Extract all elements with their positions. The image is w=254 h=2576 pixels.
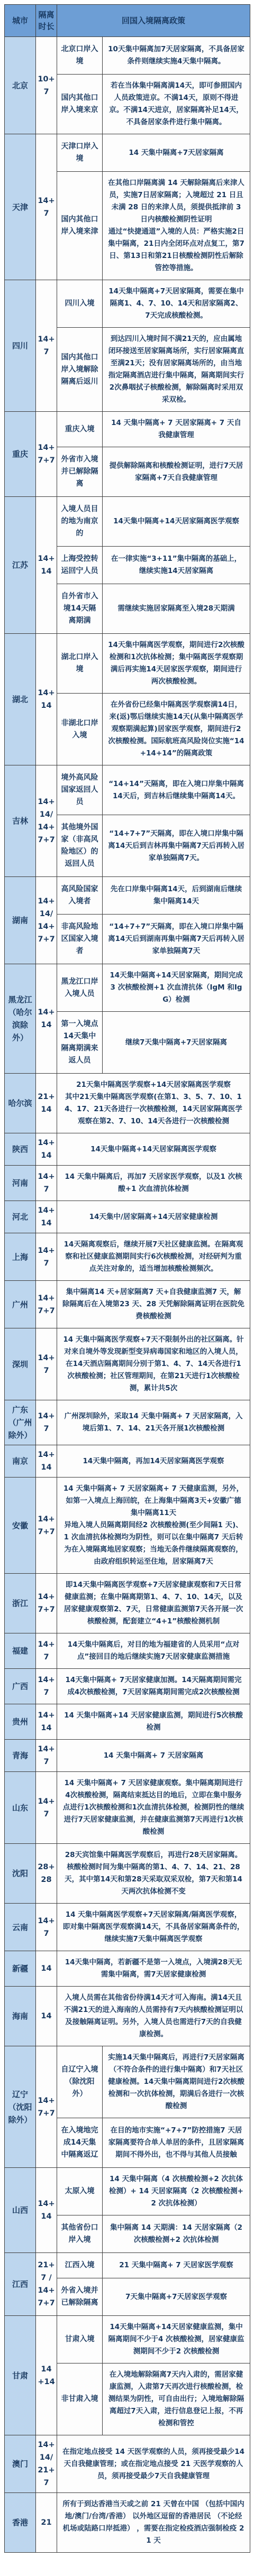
duration-cell: 14+7+7 (36, 2046, 57, 2168)
entry-label-cell: 国内其他口岸入境来京 (57, 75, 103, 134)
city-cell: 福建 (5, 1633, 36, 1669)
duration-cell: 14+14 (36, 1201, 57, 1233)
table-row: 江苏14+14入境人员目的地为南京的14天集中隔离+14天居家隔离医学观察 (5, 497, 250, 547)
city-cell: 天津 (5, 134, 36, 280)
policy-cell: 所有于到达香港当天或之前 21 天曾在中国 （包括中国内地/澳门/台湾/香港） … (57, 2493, 250, 2553)
policy-cell: 14 天集中隔离后，再加7 天居家医学观察，以及1 次核酸+1 次血清抗体检测 (57, 1166, 250, 1201)
table-row: 河南14+714 天集中隔离后，再加7 天居家医学观察，以及1 次核酸+1 次血… (5, 1166, 250, 1201)
table-row: 福建14+714天集中隔离后，对目的地为福建省的人员采用“点对点”接回目的地后继… (5, 1633, 250, 1669)
policy-cell: 先在口岸集中隔离14天，后到湖南后继续集中隔离14天 (103, 877, 250, 915)
table-row: 云南14+714 天集中隔离医学观察+7天居家隔离/隔离医学观察，即对集中隔离医… (5, 1904, 250, 1951)
duration-cell: 14+7 (36, 134, 57, 280)
entry-label-cell: 四川入境 (57, 280, 103, 328)
city-cell: 安徽 (5, 1478, 36, 1574)
policy-cell: 21 天集中隔离+ 7 天居家医学观察 (103, 2253, 250, 2278)
policy-cell: 需继续实施居家隔离至入境28天期满 (103, 584, 250, 634)
table-row: 深圳14+714 天集中隔离医学观察+7天不限制外出的社区隔离。针对来自境外等发… (5, 1328, 250, 1400)
header-row: 城市 隔离时长 回国入境隔离政策 (5, 5, 250, 37)
table-row: 浙江14+7+7即14天集中隔离医学观察+7天居家健康观察和7天日常健康监测；在… (5, 1574, 250, 1633)
table-row: 广西14+714天集中隔离+ 7天居家健康加测。14天隔离期间需完成4次核酸检测… (5, 1669, 250, 1704)
duration-cell: 14+14 (36, 964, 57, 1074)
entry-label-cell: 上海受控转运回宁人员 (57, 547, 103, 584)
entry-label-cell: 非高风险地区国家入境者 (57, 915, 103, 964)
policy-cell: 在入境地解除隔离7天内入肃的，需居家健康监测，入肃第7天再次进行核酸检测，检测结… (103, 2363, 250, 2435)
policy-cell: 继续7天集中隔离+7天居家隔离 (103, 1012, 250, 1074)
entry-label-cell: 甘肃入境 (57, 2316, 103, 2363)
city-cell: 湖北 (5, 634, 36, 765)
table-row: 山东14+714 天集中隔离+ 7 天居家健康观察。集中隔离期间进行4次核酸检测… (5, 1772, 250, 1844)
city-cell: 澳门 (5, 2435, 36, 2493)
duration-cell: 14+14 (36, 634, 57, 765)
table-row: 山西14+14太原入境14 天集中隔离（4 次核酸检测+2 次抗体检测）+ 14… (5, 2168, 250, 2215)
city-cell: 重庆 (5, 412, 36, 497)
duration-cell: 21+7 / 14+7+7 (36, 2253, 57, 2316)
policy-cell: 14 天集中隔离+ 7 天居家隔离+ 7 天自我健康管理 (103, 412, 250, 447)
entry-label-cell: 江西入境 (57, 2253, 103, 2278)
policy-cell: 14天集中隔离+ 7天居家健康加测。14天隔离期间需完成4次核酸检测，7天居家隔… (57, 1669, 250, 1704)
policy-cell: 到达四川入境时间不满21天的，应由属地闭环接送至居家隔离场所，实行居家隔离直至满… (103, 328, 250, 412)
city-cell: 河北 (5, 1201, 36, 1233)
policy-cell: “14+7+7”天隔离，即在入境口岸集中隔离14天后到湖南再集中隔离7天后再转入… (103, 915, 250, 964)
quarantine-policy-table: 城市 隔离时长 回国入境隔离政策 北京10+7北京口岸入境10天集中隔离加7天居… (4, 4, 250, 2553)
table-row: 天津14+7天津口岸入境14 天集中隔离+7天居家隔离 (5, 134, 250, 172)
duration-cell: 14+14 (36, 2168, 57, 2253)
duration-cell: 10+7 (36, 37, 57, 134)
table-row: 辽宁（沈阳除外）14+7+7自辽宁入境（除沈阳外）实施14天集中隔离后，再进行7… (5, 2046, 250, 2118)
duration-cell: 14+7 (36, 1400, 57, 1445)
city-cell: 山东 (5, 1772, 36, 1844)
entry-label-cell: 黑龙江口岸入境人员 (57, 964, 103, 1012)
policy-cell: 14 天集中隔离+ 7 天居家隔离 (57, 1740, 250, 1772)
city-cell: 山西 (5, 2168, 36, 2253)
entry-label-cell: 非甘肃入境 (57, 2363, 103, 2435)
policy-cell: “14+7+7”天隔离，即在入境口岸集中隔离14天后到吉林再集中隔离7天后再转入… (103, 815, 250, 877)
entry-label-cell: 其他省份口岸入境 (57, 2215, 103, 2253)
policy-cell: 提供解除隔离和核酸检测证明，进行7天居家隔离+7天自我健康管理 (103, 447, 250, 497)
entry-label-cell: 湖北口岸入境 (57, 634, 103, 694)
policy-cell: 实施14天集中隔离后，再进行7天居家隔离（不符合条件的进行集中隔离）和7天社区健… (103, 2046, 250, 2118)
duration-cell: 14+7+7 (36, 412, 57, 497)
table-row: 贵州14+1414 天集中隔离+14 天居家健康监测，期间进行5次核酸检测 (5, 1704, 250, 1740)
table-row: 江西21+7 / 14+7+7江西入境21 天集中隔离+ 7 天居家医学观察 (5, 2253, 250, 2278)
policy-cell: 14天集中隔离，再加14天居家隔离医学观察 (57, 1445, 250, 1478)
entry-label-cell: 非湖北口岸入境 (57, 694, 103, 765)
city-cell: 江西 (5, 2253, 36, 2316)
duration-cell: 14+7+7 (36, 1574, 57, 1633)
policy-cell: 14 天集中隔离+7天居家隔离 (103, 134, 250, 172)
page-wrapper: 城市 隔离时长 回国入境隔离政策 北京10+7北京口岸入境10天集中隔离加7天居… (0, 0, 254, 2576)
policy-cell: 广州深圳除外，采取14 天集中隔离+ 7 天居家隔离，入境后第1、7、14、21… (57, 1400, 250, 1445)
table-row: 海南14入境人员需在其他省份待满14天才可入海南。满14天且不满21天的进入海南… (5, 1987, 250, 2046)
table-row: 湖北14+14湖北口岸入境14天集中隔离医学观察，期间进行2次核酸检测和1次抗体… (5, 634, 250, 694)
entry-label-cell: 外省市入境并已解除隔离 (57, 447, 103, 497)
duration-cell: 14+7 (36, 1904, 57, 1951)
city-cell: 海南 (5, 1987, 36, 2046)
policy-cell: 7天集中隔离+7天居家医学观察 (103, 2278, 250, 2316)
policy-cell: 14天集中隔离+14天居家隔离医学观察 (57, 1133, 250, 1166)
table-row: 吉林14+14/14+7+7境外高风险国家返回人员“14+14”天隔离，即在入境… (5, 765, 250, 815)
city-cell: 沈阳 (5, 1844, 36, 1904)
duration-cell: 14+7 (36, 1772, 57, 1844)
city-cell: 甘肃 (5, 2316, 36, 2435)
city-cell: 深圳 (5, 1328, 36, 1400)
policy-cell: 在外省份已经集中隔离医学观察满14日，来(返)鄂后继续实施14天(从集中隔离医学… (103, 694, 250, 765)
policy-cell: 14天集中隔离+14天居家健康监测，集中隔离期间不少于4 次核酸检测，居家健康监… (103, 2316, 250, 2363)
header-city: 城市 (5, 5, 36, 37)
city-cell: 广州 (5, 1281, 36, 1328)
table-row: 黑龙江（哈尔滨除外）14+14黑龙江口岸入境人员14天集中隔离+14天居家隔离，… (5, 964, 250, 1012)
policy-cell: 14 天集中隔离+ 7 天居家隔离+ 7 天健康监测，另外，如第一入境点上海回皖… (57, 1478, 250, 1574)
policy-cell: 集中隔离14 天+居家隔离7 天+自我健康监测7 天，解除隔离后在入境第23 天… (57, 1281, 250, 1328)
duration-cell: 14+7 (36, 280, 57, 412)
duration-cell: 14+7 (36, 1669, 57, 1704)
duration-cell: 21+14 (36, 1074, 57, 1133)
table-row: 安徽14+7+714 天集中隔离+ 7 天居家隔离+ 7 天健康监测，另外，如第… (5, 1478, 250, 1574)
duration-cell: 14+14 (36, 1445, 57, 1478)
header-policy-title: 回国入境隔离政策 (57, 5, 250, 37)
entry-label-cell: 在入境地完成14天集中隔离返辽 (57, 2118, 103, 2168)
policy-cell: 14天集中/居家隔离+14天居家健康检测 (57, 1201, 250, 1233)
duration-cell: 14+7 (36, 1233, 57, 1281)
table-header: 城市 隔离时长 回国入境隔离政策 (5, 5, 250, 37)
policy-cell: “14+14”天隔离，即在入境口岸集中隔离14天后，到吉林后继续集中隔离14天。 (103, 765, 250, 815)
policy-cell: 10天集中隔离加7天居家隔离，不具备居家条件则继续实施4天集中隔离。 (103, 37, 250, 75)
duration-cell: 14+7 (36, 1328, 57, 1400)
policy-cell: 28天宾馆集中隔离医学观察后，再进行28天居家隔离。核酸检测时间为集中隔离的第1… (57, 1844, 250, 1904)
entry-label-cell: 入境人员目的地为南京的 (57, 497, 103, 547)
city-cell: 湖南 (5, 877, 36, 964)
city-cell: 广东（广州除外） (5, 1400, 36, 1445)
policy-cell: 14 天集中隔离医学观察+7天不限制外出的社区隔离。针对来自境外等发现新型变异病… (57, 1328, 250, 1400)
table-row: 青海14+714 天集中隔离+ 7 天居家隔离 (5, 1740, 250, 1772)
table-body: 北京10+7北京口岸入境10天集中隔离加7天居家隔离，不具备居家条件则继续实施4… (5, 37, 250, 2553)
policy-cell: 入境人员需在其他省份待满14天才可入海南。满14天且不满21天的进入海南的人员需… (57, 1987, 250, 2046)
duration-cell: 14+7 (36, 1740, 57, 1772)
city-cell: 新疆 (5, 1951, 36, 1987)
entry-label-cell: 北京口岸入境 (57, 37, 103, 75)
city-cell: 青海 (5, 1740, 36, 1772)
table-row: 沈阳28+2828天宾馆集中隔离医学观察后，再进行28天居家隔离。核酸检测时间为… (5, 1844, 250, 1904)
duration-cell: 14+7 (36, 1633, 57, 1669)
table-row: 重庆14+7+7重庆入境14 天集中隔离+ 7 天居家隔离+ 7 天自我健康管理 (5, 412, 250, 447)
table-row: 澳门14+14/21+7在指定地点接受 14 天医学观察的人员，须再接受最少14… (5, 2435, 250, 2493)
entry-label-cell: 国内其他口岸入境来津 (57, 172, 103, 280)
policy-cell: 14 天集中隔离（4 次核酸检测+2 次抗体检测）+ 14 天居家隔离（2 次核… (103, 2168, 250, 2215)
duration-cell: 14 (36, 1951, 57, 1987)
table-row: 广州14+7+7集中隔离14 天+居家隔离7 天+自我健康监测7 天，解除隔离后… (5, 1281, 250, 1328)
city-cell: 四川 (5, 280, 36, 412)
city-cell: 香港 (5, 2493, 36, 2553)
table-row: 广东（广州除外）14+7广州深圳除外，采取14 天集中隔离+ 7 天居家隔离，入… (5, 1400, 250, 1445)
city-cell: 江苏 (5, 497, 36, 634)
policy-cell: 14天集中隔离医学观察，期间进行2次核酸检测和1次抗体检测；集中隔离医学观察期满… (103, 634, 250, 694)
entry-label-cell: 重庆入境 (57, 412, 103, 447)
table-row: 湖南14+14/14+7+7高风险国家入境者先在口岸集中隔离14天，后到湖南后继… (5, 877, 250, 915)
duration-cell: 14+14 (36, 1133, 57, 1166)
policy-cell: 14天集中隔离+14天居家隔离，期间完成3 次核酸检测+1 次血清抗体（IgM … (103, 964, 250, 1012)
duration-cell: 14 (36, 1987, 57, 2046)
city-cell: 辽宁（沈阳除外） (5, 2046, 36, 2168)
policy-cell: 14天隔离观察后，继续开展7天社区健康监测。在隔离观察和社区健康监测期间实行6次… (57, 1233, 250, 1281)
table-row: 上海14+714天隔离观察后，继续开展7天社区健康监测。在隔离观察和社区健康监测… (5, 1233, 250, 1281)
policy-cell: 14天集中隔离+7天居家隔离，需要在集中隔离1、4、7、10、14天和居家隔离2… (103, 280, 250, 328)
city-cell: 云南 (5, 1904, 36, 1951)
policy-cell: 21天集中隔离医学观察+14天居家隔离医学观察 其中21天集中隔离医学观察(在第… (57, 1074, 250, 1133)
entry-label-cell: 第一入境点14天集中隔离期满来返人员 (57, 1012, 103, 1074)
header-duration: 隔离时长 (36, 5, 57, 37)
table-row: 新疆1414天集中隔离，若新疆不是第一入境点，入境满28天无需集中隔离，需7天居… (5, 1951, 250, 1987)
entry-label-cell: 其他境外国家（非高风险地区）的返回人员 (57, 815, 103, 877)
policy-cell: 14 天集中隔离+14 天居家健康监测，期间进行5次核酸检测 (57, 1704, 250, 1740)
duration-cell: 14+14/14+7+7 (36, 765, 57, 877)
policy-cell: 14 天集中隔离医学观察+7天居家隔离/隔离医学观察，即对集中隔离医学观察满14… (57, 1904, 250, 1951)
table-row: 南京14+1414天集中隔离，再加14天居家隔离医学观察 (5, 1445, 250, 1478)
city-cell: 上海 (5, 1233, 36, 1281)
duration-cell: 14+7+7 (36, 1281, 57, 1328)
entry-label-cell: 外省入境并已解除隔离 (57, 2278, 103, 2316)
duration-cell: 21 (36, 2493, 57, 2553)
city-cell: 吉林 (5, 765, 36, 877)
policy-cell: 集中隔离 14 天期满：14 天居家隔离（2 次核酸检测+2 次抗体检测 (103, 2215, 250, 2253)
duration-cell: 14+7+7 (36, 1478, 57, 1574)
policy-cell: 14天集中隔离+14天居家隔离医学观察 (103, 497, 250, 547)
city-cell: 贵州 (5, 1704, 36, 1740)
city-cell: 南京 (5, 1445, 36, 1478)
duration-cell: 28+28 (36, 1844, 57, 1904)
table-row: 香港21所有于到达香港当天或之前 21 天曾在中国 （包括中国内地/澳门/台湾/… (5, 2493, 250, 2553)
policy-cell: 即14天集中隔离医学观察+7天居家健康观察和7天日常健康监测；在集中隔离期第1、… (57, 1574, 250, 1633)
table-row: 甘肃14 +14甘肃入境14天集中隔离+14天居家健康监测，集中隔离期间不少于4… (5, 2316, 250, 2363)
city-cell: 哈尔滨 (5, 1074, 36, 1133)
duration-cell: 14+14 (36, 497, 57, 634)
city-cell: 河南 (5, 1166, 36, 1201)
policy-cell: 在一律实施“3+11”集中隔离的基础上，继续实施14天居家隔离 (103, 547, 250, 584)
city-cell: 黑龙江（哈尔滨除外） (5, 964, 36, 1074)
table-row: 北京10+7北京口岸入境10天集中隔离加7天居家隔离，不具备居家条件则继续实施4… (5, 37, 250, 75)
entry-label-cell: 自外省市入境14天隔离期满 (57, 584, 103, 634)
entry-label-cell: 太原入境 (57, 2168, 103, 2215)
policy-cell: 在指定地点接受 14 天医学观察的人员，须再接受最少14天自我健康管理；或在指定… (57, 2435, 250, 2493)
duration-cell: 14+14/14+7+7 (36, 877, 57, 964)
entry-label-cell: 国内其他口岸入境解除隔离后返川 (57, 328, 103, 412)
table-row: 四川14+7四川入境14天集中隔离+7天居家隔离，需要在集中隔离1、4、7、10… (5, 280, 250, 328)
policy-cell: 14 天集中隔离+ 7 天居家健康观察。集中隔离期间进行4次核酸检测，隔离结束抵… (57, 1772, 250, 1844)
entry-label-cell: 高风险国家入境者 (57, 877, 103, 915)
city-cell: 陕西 (5, 1133, 36, 1166)
entry-label-cell: 境外高风险国家返回人员 (57, 765, 103, 815)
table-row: 陕西14+1414天集中隔离+14天居家隔离医学观察 (5, 1133, 250, 1166)
policy-cell: 在其他口岸隔离满 14 天解除隔离后来津人员，实施7日居家隔离；入境超过 21 … (103, 172, 250, 280)
duration-cell: 14+14/21+7 (36, 2435, 57, 2493)
policy-cell: 若在当体集中隔离满14天，即可参照国内人员政策进京。不满14天，原则不得进京。不… (103, 75, 250, 134)
city-cell: 浙江 (5, 1574, 36, 1633)
policy-cell: 14天集中隔离，若新疆不是第一入境点，入境满28天无需集中隔离，需7天居家健康检… (57, 1951, 250, 1987)
table-row: 哈尔滨21+1421天集中隔离医学观察+14天居家隔离医学观察 其中21天集中隔… (5, 1074, 250, 1133)
policy-cell: 14天集中隔离后，对目的地为福建省的人员采用“点对点”接回目的地后继续实施7天居… (57, 1633, 250, 1669)
duration-cell: 14+14 (36, 1704, 57, 1740)
duration-cell: 14+7 (36, 1166, 57, 1201)
city-cell: 广西 (5, 1669, 36, 1704)
city-cell: 北京 (5, 37, 36, 134)
entry-label-cell: 自辽宁入境（除沈阳外） (57, 2046, 103, 2118)
entry-label-cell: 天津口岸入境 (57, 134, 103, 172)
duration-cell: 14 +14 (36, 2316, 57, 2435)
table-row: 河北14+1414天集中/居家隔离+14天居家健康检测 (5, 1201, 250, 1233)
policy-cell: 在目的地市实施“+7+7”防控措施7 天居家隔离要符合单人单居的条件，且居家隔离… (103, 2118, 250, 2168)
